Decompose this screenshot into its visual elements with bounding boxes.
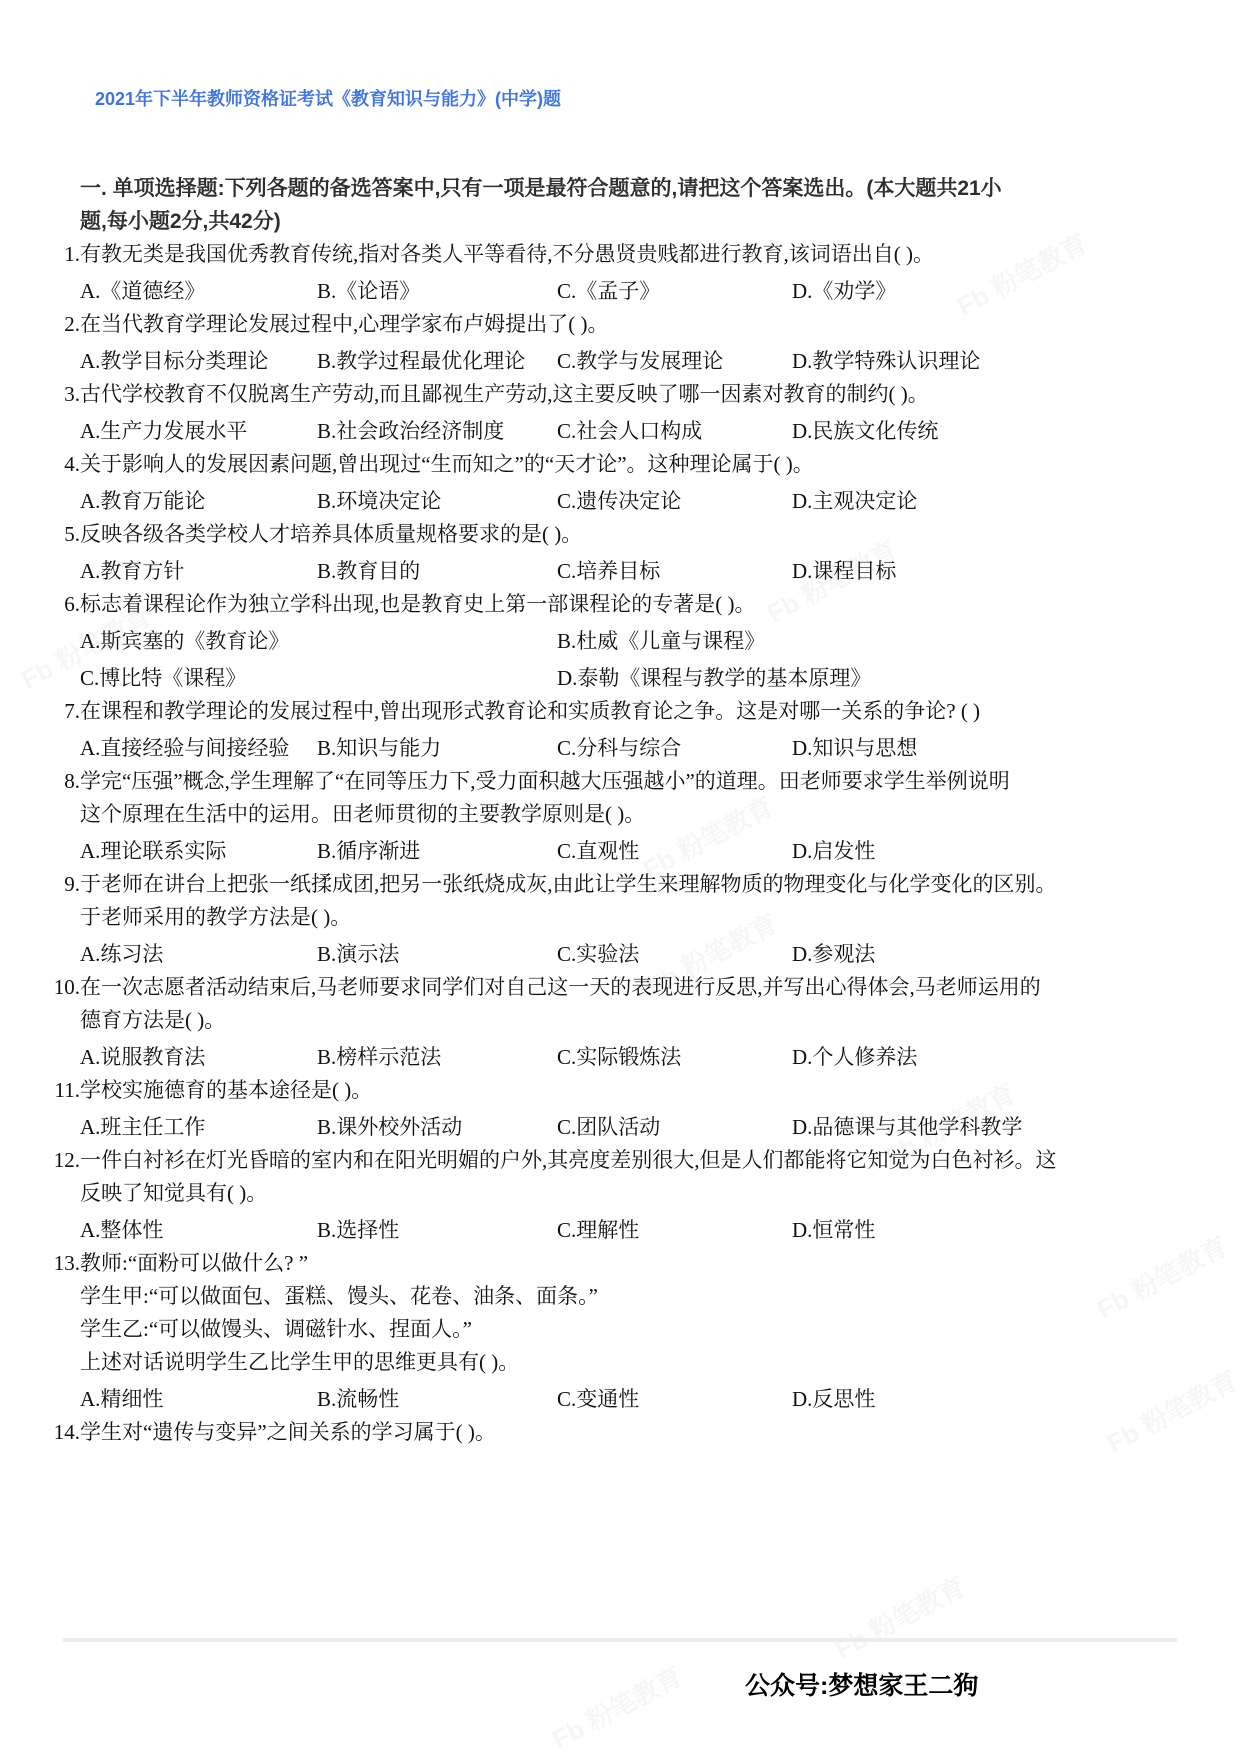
question-number: 7. — [50, 695, 80, 765]
question-number: 8. — [50, 765, 80, 868]
option-label: A.说服教育法 — [80, 1041, 317, 1074]
question-block: 8.学完“压强”概念,学生理解了“在同等压力下,受力面积越大压强越小”的道理。田… — [50, 765, 1185, 868]
option-label: D.主观决定论 — [792, 485, 1185, 518]
option-label: C.实验法 — [557, 938, 792, 971]
option-row: A.精细性B.流畅性C.变通性D.反思性 — [80, 1383, 1185, 1416]
question-number: 12. — [50, 1144, 80, 1247]
option-row: A.教育方针B.教育目的C.培养目标D.课程目标 — [80, 555, 1185, 588]
question-block: 12.一件白衬衫在灯光昏暗的室内和在阳光明媚的户外,其亮度差别很大,但是人们都能… — [50, 1144, 1185, 1247]
option-label: B.《论语》 — [317, 275, 557, 308]
question-block: 3.古代学校教育不仅脱离生产劳动,而且鄙视生产劳动,这主要反映了哪一因素对教育的… — [50, 378, 1185, 448]
question-block: 14.学生对“遗传与变异”之间关系的学习属于( )。 — [50, 1416, 1185, 1449]
page-title: 2021年下半年教师资格证考试《教育知识与能力》(中学)题 — [95, 86, 1185, 112]
question-number: 1. — [50, 238, 80, 308]
option-label: D.知识与思想 — [792, 732, 1185, 765]
watermark: Fb 粉笔教育 — [545, 1657, 689, 1754]
page-divider — [63, 1638, 1177, 1642]
question-text-line: 反映了知觉具有( )。 — [80, 1177, 1185, 1210]
option-row: A.《道德经》B.《论语》C.《孟子》D.《劝学》 — [80, 275, 1185, 308]
option-label: D.启发性 — [792, 835, 1185, 868]
question-text-line: 学生乙:“可以做馒头、调磁针水、捏面人。” — [80, 1313, 1185, 1346]
option-label: B.知识与能力 — [317, 732, 557, 765]
question-block: 13.教师:“面粉可以做什么? ”学生甲:“可以做面包、蛋糕、馒头、花卷、油条、… — [50, 1247, 1185, 1416]
option-label: C.直观性 — [557, 835, 792, 868]
option-label: B.环境决定论 — [317, 485, 557, 518]
question-text-line: 教师:“面粉可以做什么? ” — [80, 1247, 1185, 1280]
watermark: Fb 粉笔教育 — [828, 1567, 972, 1667]
option-label: D.品德课与其他学科教学 — [792, 1111, 1185, 1144]
option-row: A.教育万能论B.环境决定论C.遗传决定论D.主观决定论 — [80, 485, 1185, 518]
option-label: B.流畅性 — [317, 1383, 557, 1416]
option-label: C.《孟子》 — [557, 275, 792, 308]
option-label: A.教育方针 — [80, 555, 317, 588]
question-text-line: 有教无类是我国优秀教育传统,指对各类人平等看待,不分愚贤贵贱都进行教育,该词语出… — [80, 238, 1185, 271]
question-text-line: 标志着课程论作为独立学科出现,也是教育史上第一部课程论的专著是( )。 — [80, 588, 1185, 621]
option-label: A.练习法 — [80, 938, 317, 971]
exam-page: Fb 粉笔教育Fb 粉笔教育Fb 粉笔教育Fb 粉笔教育Fb 粉笔教育Fb 粉笔… — [0, 0, 1240, 1754]
option-label: C.社会人口构成 — [557, 415, 792, 448]
option-label: D.课程目标 — [792, 555, 1185, 588]
question-list: 1.有教无类是我国优秀教育传统,指对各类人平等看待,不分愚贤贵贱都进行教育,该词… — [50, 238, 1185, 1449]
option-row: A.理论联系实际B.循序渐进C.直观性D.启发性 — [80, 835, 1185, 868]
option-row: A.整体性B.选择性C.理解性D.恒常性 — [80, 1214, 1185, 1247]
question-text-line: 一件白衬衫在灯光昏暗的室内和在阳光明媚的户外,其亮度差别很大,但是人们都能将它知… — [80, 1144, 1185, 1177]
question-block: 2.在当代教育学理论发展过程中,心理学家布卢姆提出了( )。A.教学目标分类理论… — [50, 308, 1185, 378]
option-label: A.理论联系实际 — [80, 835, 317, 868]
question-block: 10.在一次志愿者活动结束后,马老师要求同学们对自己这一天的表现进行反思,并写出… — [50, 971, 1185, 1074]
option-label: B.选择性 — [317, 1214, 557, 1247]
option-label: C.理解性 — [557, 1214, 792, 1247]
option-label: A.生产力发展水平 — [80, 415, 317, 448]
section-heading-line: 一. 单项选择题:下列各题的备选答案中,只有一项是最符合题意的,请把这个答案选出… — [80, 172, 1185, 205]
option-label: B.杜威《儿童与课程》 — [557, 625, 1185, 658]
question-number: 3. — [50, 378, 80, 448]
option-row: A.生产力发展水平B.社会政治经济制度C.社会人口构成D.民族文化传统 — [80, 415, 1185, 448]
option-label: C.实际锻炼法 — [557, 1041, 792, 1074]
option-label: B.课外校外活动 — [317, 1111, 557, 1144]
footer-wechat: 公众号:梦想家王二狗 — [745, 1666, 978, 1702]
question-block: 9.于老师在讲台上把张一纸揉成团,把另一张纸烧成灰,由此让学生来理解物质的物理变… — [50, 868, 1185, 971]
question-number: 11. — [50, 1074, 80, 1144]
question-number: 10. — [50, 971, 80, 1074]
option-label: B.教育目的 — [317, 555, 557, 588]
question-block: 5.反映各级各类学校人才培养具体质量规格要求的是( )。A.教育方针B.教育目的… — [50, 518, 1185, 588]
option-label: B.榜样示范法 — [317, 1041, 557, 1074]
option-label: A.教育万能论 — [80, 485, 317, 518]
option-label: C.分科与综合 — [557, 732, 792, 765]
question-number: 5. — [50, 518, 80, 588]
question-number: 9. — [50, 868, 80, 971]
option-label: A.斯宾塞的《教育论》 — [80, 625, 557, 658]
question-block: 11.学校实施德育的基本途径是( )。A.班主任工作B.课外校外活动C.团队活动… — [50, 1074, 1185, 1144]
question-number: 4. — [50, 448, 80, 518]
option-label: D.恒常性 — [792, 1214, 1185, 1247]
option-label: C.团队活动 — [557, 1111, 792, 1144]
option-label: C.博比特《课程》 — [80, 662, 557, 695]
question-text-line: 学校实施德育的基本途径是( )。 — [80, 1074, 1185, 1107]
question-number: 6. — [50, 588, 80, 695]
question-text-line: 学完“压强”概念,学生理解了“在同等压力下,受力面积越大压强越小”的道理。田老师… — [80, 765, 1185, 798]
question-text-line: 古代学校教育不仅脱离生产劳动,而且鄙视生产劳动,这主要反映了哪一因素对教育的制约… — [80, 378, 1185, 411]
question-text-line: 学生对“遗传与变异”之间关系的学习属于( )。 — [80, 1416, 1185, 1449]
option-label: A.《道德经》 — [80, 275, 317, 308]
question-text-line: 于老师在讲台上把张一纸揉成团,把另一张纸烧成灰,由此让学生来理解物质的物理变化与… — [80, 868, 1185, 901]
option-label: D.个人修养法 — [792, 1041, 1185, 1074]
question-text-line: 反映各级各类学校人才培养具体质量规格要求的是( )。 — [80, 518, 1185, 551]
option-label: D.民族文化传统 — [792, 415, 1185, 448]
section-heading-line: 题,每小题2分,共42分) — [80, 205, 1185, 238]
option-row: A.班主任工作B.课外校外活动C.团队活动D.品德课与其他学科教学 — [80, 1111, 1185, 1144]
question-number: 13. — [50, 1247, 80, 1416]
option-label: C.变通性 — [557, 1383, 792, 1416]
question-text-line: 这个原理在生活中的运用。田老师贯彻的主要教学原则是( )。 — [80, 798, 1185, 831]
option-label: D.泰勒《课程与教学的基本原理》 — [557, 662, 1185, 695]
option-label: C.遗传决定论 — [557, 485, 792, 518]
option-row: A.练习法B.演示法C.实验法D.参观法 — [80, 938, 1185, 971]
section-heading: 一. 单项选择题:下列各题的备选答案中,只有一项是最符合题意的,请把这个答案选出… — [80, 172, 1185, 238]
question-text-line: 在课程和教学理论的发展过程中,曾出现形式教育论和实质教育论之争。这是对哪一关系的… — [80, 695, 1185, 728]
option-label: A.班主任工作 — [80, 1111, 317, 1144]
option-label: A.教学目标分类理论 — [80, 345, 317, 378]
option-label: B.循序渐进 — [317, 835, 557, 868]
option-label: B.社会政治经济制度 — [317, 415, 557, 448]
question-number: 2. — [50, 308, 80, 378]
question-block: 7.在课程和教学理论的发展过程中,曾出现形式教育论和实质教育论之争。这是对哪一关… — [50, 695, 1185, 765]
option-row: C.博比特《课程》D.泰勒《课程与教学的基本原理》 — [80, 662, 1185, 695]
option-label: D.反思性 — [792, 1383, 1185, 1416]
question-number: 14. — [50, 1416, 80, 1449]
option-row: A.直接经验与间接经验B.知识与能力C.分科与综合D.知识与思想 — [80, 732, 1185, 765]
option-label: D.参观法 — [792, 938, 1185, 971]
question-text-line: 在一次志愿者活动结束后,马老师要求同学们对自己这一天的表现进行反思,并写出心得体… — [80, 971, 1185, 1004]
option-label: D.《劝学》 — [792, 275, 1185, 308]
option-label: B.教学过程最优化理论 — [317, 345, 557, 378]
question-text-line: 上述对话说明学生乙比学生甲的思维更具有( )。 — [80, 1346, 1185, 1379]
option-label: C.培养目标 — [557, 555, 792, 588]
option-label: D.教学特殊认识理论 — [792, 345, 1185, 378]
option-row: A.教学目标分类理论B.教学过程最优化理论C.教学与发展理论D.教学特殊认识理论 — [80, 345, 1185, 378]
option-label: A.直接经验与间接经验 — [80, 732, 317, 765]
question-text-line: 关于影响人的发展因素问题,曾出现过“生而知之”的“天才论”。这种理论属于( )。 — [80, 448, 1185, 481]
option-row: A.斯宾塞的《教育论》B.杜威《儿童与课程》 — [80, 625, 1185, 658]
question-block: 6.标志着课程论作为独立学科出现,也是教育史上第一部课程论的专著是( )。A.斯… — [50, 588, 1185, 695]
option-label: B.演示法 — [317, 938, 557, 971]
option-label: C.教学与发展理论 — [557, 345, 792, 378]
option-label: A.整体性 — [80, 1214, 317, 1247]
question-text-line: 于老师采用的教学方法是( )。 — [80, 901, 1185, 934]
question-text-line: 学生甲:“可以做面包、蛋糕、馒头、花卷、油条、面条。” — [80, 1280, 1185, 1313]
question-text-line: 德育方法是( )。 — [80, 1004, 1185, 1037]
question-block: 1.有教无类是我国优秀教育传统,指对各类人平等看待,不分愚贤贵贱都进行教育,该词… — [50, 238, 1185, 308]
option-row: A.说服教育法B.榜样示范法C.实际锻炼法D.个人修养法 — [80, 1041, 1185, 1074]
question-block: 4.关于影响人的发展因素问题,曾出现过“生而知之”的“天才论”。这种理论属于( … — [50, 448, 1185, 518]
question-text-line: 在当代教育学理论发展过程中,心理学家布卢姆提出了( )。 — [80, 308, 1185, 341]
option-label: A.精细性 — [80, 1383, 317, 1416]
